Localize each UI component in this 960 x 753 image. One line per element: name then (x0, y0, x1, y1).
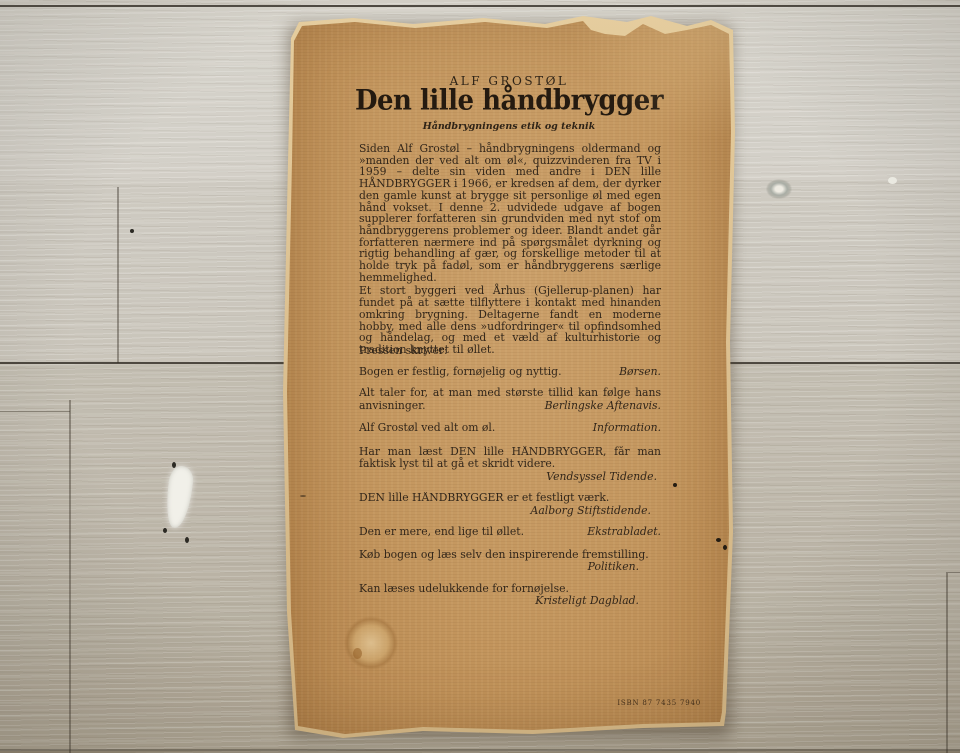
book-subtitle: Håndbrygningens etik og teknik (283, 121, 735, 132)
dark-speck (130, 229, 134, 233)
quote-source: Kristeligt Dagblad. (359, 595, 661, 608)
plank-seam-bottom (0, 749, 960, 751)
quote-text: Kan læses udelukkende for fornøjelse. (359, 583, 569, 595)
plank-seam-vertical-left-upper (117, 187, 119, 363)
blurb: Siden Alf Grostøl – håndbrygningens olde… (359, 143, 661, 356)
water-stain-dot (353, 648, 362, 659)
ink-speck (300, 495, 306, 497)
press-quote: DEN lille HÅNDBRYGGER er et festligt vær… (359, 492, 661, 517)
press-quote: Kan læses udelukkende for fornøjelse. Kr… (359, 583, 661, 608)
press-section: Pressen skriver: Bogen er festlig, fornø… (359, 345, 661, 608)
quote-source: Berlingske Aftenavis. (545, 400, 661, 413)
quote-text: DEN lille HÅNDBRYGGER er et festligt vær… (359, 492, 609, 504)
torn-edge-layer: ALF GROSTØL Den lille håndbrygger Håndbr… (283, 12, 735, 740)
press-quote: Har man læst DEN lille HÅNDBRYGGER, får … (359, 446, 661, 484)
quote-source: Politiken. (359, 561, 661, 574)
book-back-cover: ALF GROSTØL Den lille håndbrygger Håndbr… (283, 12, 735, 740)
press-quote: Den er mere, end lige til øllet. Ekstrab… (359, 526, 661, 539)
quote-source: Børsen. (619, 366, 661, 379)
book-title: Den lille håndbrygger (283, 85, 735, 117)
dark-speck (185, 537, 189, 543)
dark-speck (172, 462, 176, 468)
ink-speck (716, 538, 721, 542)
press-quote: Alf Grostøl ved alt om øl. Information. (359, 422, 661, 435)
quote-text: Den er mere, end lige til øllet. (359, 526, 524, 538)
plank-seam-top (0, 5, 960, 7)
quote-source: Ekstrabladet. (587, 526, 661, 539)
quote-text: Køb bogen og læs selv den inspirerende f… (359, 549, 649, 561)
quote-source: Aalborg Stiftstidende. (359, 505, 661, 518)
quote-text: Alf Grostøl ved alt om øl. (359, 422, 495, 434)
quote-text: Bogen er festlig, fornøjelig og nyttig. (359, 366, 562, 378)
isbn-label: ISBN 87 7435 7940 (617, 699, 701, 707)
wood-knot (762, 176, 796, 202)
quote-text: Har man læst DEN lille HÅNDBRYGGER, får … (359, 446, 661, 471)
blurb-paragraph: Siden Alf Grostøl – håndbrygningens olde… (359, 143, 661, 283)
plank-seam-left-short (0, 411, 70, 412)
white-scuff (888, 177, 897, 184)
plank-seam-right-short (946, 572, 960, 573)
ink-speck (723, 545, 727, 550)
press-header: Pressen skriver: (359, 345, 661, 358)
plank-seam-vertical-right (946, 573, 948, 753)
quote-source: Information. (593, 422, 661, 435)
plank-seam-vertical-left-lower (69, 400, 71, 753)
press-quote: Køb bogen og læs selv den inspirerende f… (359, 549, 661, 574)
water-stain (338, 610, 404, 676)
dark-speck (163, 528, 167, 533)
quote-source: Vendsyssel Tidende. (359, 471, 661, 484)
press-quote: Alt taler for, at man med største tillid… (359, 387, 661, 412)
ink-speck (673, 483, 677, 487)
press-quote: Bogen er festlig, fornøjelig og nyttig. … (359, 366, 661, 379)
